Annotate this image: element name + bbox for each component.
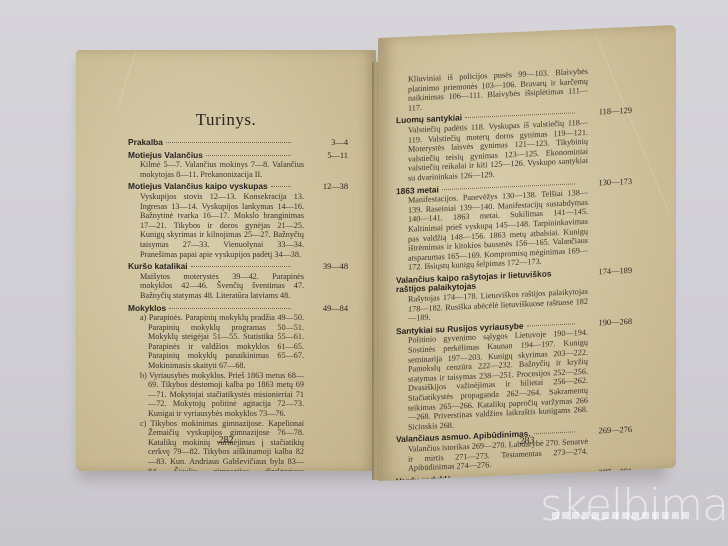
watermark-squares xyxy=(552,512,689,519)
toc-subtext: Maišytos moterystės 39—42. Parapinės mok… xyxy=(128,272,348,301)
toc-heading: Mokyklos xyxy=(128,304,166,314)
toc-pages: 5—11 xyxy=(308,151,348,161)
toc-heading: Motiejus Valančius kaipo vyskupas xyxy=(128,182,268,192)
paper-crease xyxy=(117,51,136,108)
toc-pages: 49—84 xyxy=(308,304,348,314)
toc-pages: 3—4 xyxy=(308,138,348,148)
toc-heading: Kuršo katalikai xyxy=(128,262,188,272)
toc-list-left: Prakalba3—4 Motiejus Valančius5—11 Kilmė… xyxy=(128,138,348,471)
toc-list-right: Kliuviniai iš policijos pusės 99—103. Bl… xyxy=(396,65,632,481)
toc-entry: Motiejus Valančius5—11 Kilmė 5—7. Valanč… xyxy=(128,151,348,180)
toc-subtext: Manifestacijos. Panevėžys 130—138. Telši… xyxy=(396,186,632,273)
toc-subtext: Kliuviniai iš policijos pusės 99—103. Bl… xyxy=(396,65,632,114)
toc-heading: Motiejus Valančius xyxy=(128,151,203,161)
toc-entry: Valančius kaipo rašytojas ir lietuviškos… xyxy=(396,266,632,324)
toc-entry: Luomų santykiai118—129 Valstiečių padėti… xyxy=(396,106,632,183)
toc-pages: 118—129 xyxy=(592,106,632,117)
page-number: 282 xyxy=(76,435,376,446)
toc-entry: Prakalba3—4 xyxy=(128,138,348,148)
toc-entry: Santykiai su Rusijos vyriausybe190—268 P… xyxy=(396,317,632,433)
toc-subtext: Vyskupijos stovis 12—13. Konsekracija 13… xyxy=(128,192,348,259)
toc-heading: Vardų rodyklė xyxy=(396,475,451,481)
toc-subtext: Politinio gyvenimo sąlygos Lietuvoje 190… xyxy=(396,326,632,432)
toc-subtext: a) Parapinės. Parapinių mokyklų pradžia … xyxy=(128,313,348,371)
toc-pages: 130—173 xyxy=(592,176,632,187)
toc-heading: Prakalba xyxy=(128,138,163,148)
watermark-logo: skelbimai.lt xyxy=(540,480,728,531)
toc-subtext: Kilmė 5—7. Valančius mokinys 7—8. Valanč… xyxy=(128,160,348,179)
toc-pages: 39—48 xyxy=(308,262,348,272)
toc-subtext: Valstiečių padėtis 118. Vyskupas iš vals… xyxy=(396,116,632,184)
toc-pages: 174—189 xyxy=(599,266,633,277)
right-page: Kliuviniai iš policijos pusės 99—103. Bl… xyxy=(378,25,676,481)
toc-subtext: b) Vyriausybės mokyklos. Prieš 1863 metu… xyxy=(128,371,348,419)
toc-pages: 190—268 xyxy=(592,317,632,328)
toc-entry: Kliuviniai iš policijos pusės 99—103. Bl… xyxy=(396,65,632,114)
toc-entry: Motiejus Valančius kaipo vyskupas12—38 V… xyxy=(128,182,348,259)
left-page: Turinys. Prakalba3—4 Motiejus Valančius5… xyxy=(76,50,376,471)
toc-entry: 1863 metai130—173 Manifestacijos. Panevė… xyxy=(396,176,632,273)
toc-title: Turinys. xyxy=(76,110,376,130)
toc-entry: Kuršo katalikai39—48 Maišytos moterystės… xyxy=(128,262,348,300)
toc-pages: 12—38 xyxy=(308,182,348,192)
